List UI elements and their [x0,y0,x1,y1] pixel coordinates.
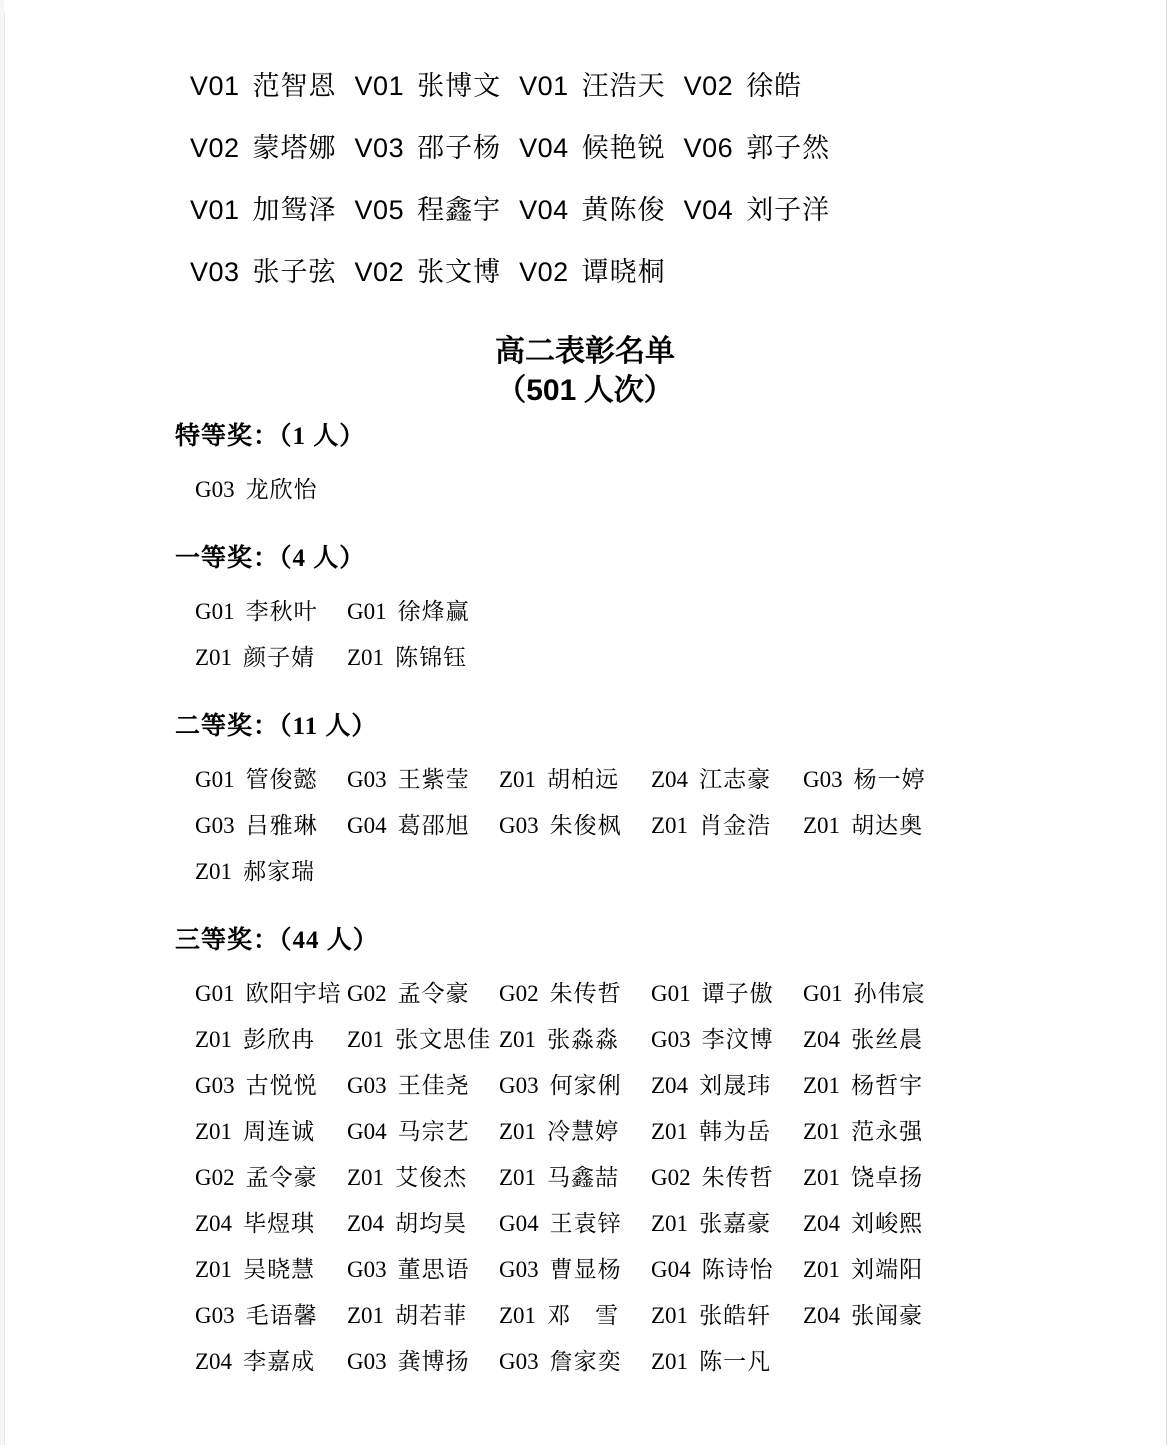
award-entry: Z04张闻豪 [803,1304,955,1328]
student-name: 黄陈俊 [582,195,666,225]
award-entry: G01李秋叶 [195,600,347,624]
student-name: 葛邵旭 [398,813,470,838]
student-name: 邓 雪 [547,1303,619,1328]
roster-entry: V01范智恩 [190,71,337,101]
class-code: Z01 [195,1027,232,1052]
student-name: 徐烽赢 [398,599,470,624]
class-code: G01 [347,599,387,624]
class-code: Z04 [651,1073,688,1098]
class-code: G03 [347,767,387,792]
class-code: G04 [347,813,387,838]
award-entry: Z01冷慧婷 [499,1120,651,1144]
student-name: 董思语 [398,1257,470,1282]
class-code: Z01 [651,1349,688,1374]
class-code: G02 [651,1165,691,1190]
student-name: 胡柏远 [547,767,619,792]
award-section: 一等奖：（4 人）G01李秋叶G01徐烽赢Z01颜子婧Z01陈锦钰 [0,546,1170,670]
class-code: G01 [803,981,843,1006]
award-entry: G03曹显杨 [499,1258,651,1282]
student-name: 杨一婷 [854,767,926,792]
class-code: Z01 [499,1303,536,1328]
roster-entry: V01张博文 [355,71,502,101]
class-code: V02 [684,71,734,101]
section-header: 二等奖：（11 人） [175,714,1170,740]
award-entry: Z01韩为岳 [651,1120,803,1144]
award-entry-row: G01管俊懿G03王紫莹Z01胡柏远Z04江志豪G03杨一婷 [195,768,1170,792]
class-code: V06 [684,133,734,163]
award-entry: Z01饶卓扬 [803,1166,955,1190]
v-code-roster: V01范智恩V01张博文V01汪浩天V02徐皓V02蒙塔娜V03邵子杨V04候艳… [0,72,1170,286]
class-code: G03 [347,1257,387,1282]
student-name: 艾俊杰 [395,1165,467,1190]
class-code: G03 [499,1257,539,1282]
student-name: 孟令豪 [398,981,470,1006]
roster-entry: V04黄陈俊 [519,195,666,225]
v-code-row: V03张子弦V02张文博V02谭晓桐 [190,258,1170,286]
class-code: Z01 [651,1303,688,1328]
class-code: Z04 [195,1211,232,1236]
v-code-row: V01加鸳泽V05程鑫宇V04黄陈俊V04刘子洋 [190,196,1170,224]
class-code: Z04 [803,1211,840,1236]
award-entry: G01孙伟宸 [803,982,955,1006]
class-code: V01 [519,71,569,101]
roster-entry: V02谭晓桐 [519,257,666,287]
award-entry: G03王佳尧 [347,1074,499,1098]
student-name: 吕雅琳 [246,813,318,838]
class-code: Z01 [651,1211,688,1236]
class-code: V01 [190,71,240,101]
student-name: 朱传哲 [550,981,622,1006]
award-entry: Z01胡若菲 [347,1304,499,1328]
student-name: 何家俐 [550,1073,622,1098]
student-name: 刘端阳 [851,1257,923,1282]
award-entry: Z01肖金浩 [651,814,803,838]
award-entry: Z01颜子婧 [195,646,347,670]
award-entry: G04陈诗怡 [651,1258,803,1282]
class-code: V05 [355,195,405,225]
section-header: 特等奖：（1 人） [175,424,1170,450]
class-code: Z01 [347,645,384,670]
class-code: Z01 [499,1119,536,1144]
award-entry: G02孟令豪 [195,1166,347,1190]
award-entry: Z01胡达奥 [803,814,955,838]
award-entry: G03龚博扬 [347,1350,499,1374]
page-left-edge [4,12,5,1445]
class-code: Z01 [347,1303,384,1328]
student-name: 曹显杨 [550,1257,622,1282]
award-section: 三等奖：（44 人）G01欧阳宇培G02孟令豪G02朱传哲G01谭子傲G01孙伟… [0,928,1170,1374]
class-code: V04 [519,195,569,225]
document-title: 高二表彰名单 （501 人次） [0,332,1170,410]
student-name: 韩为岳 [699,1119,771,1144]
student-name: 冷慧婷 [547,1119,619,1144]
class-code: V01 [355,71,405,101]
award-entry-row: G01李秋叶G01徐烽赢 [195,600,1170,624]
student-name: 陈一凡 [699,1349,771,1374]
class-code: Z01 [803,1165,840,1190]
award-entry-row: Z04李嘉成G03龚博扬G03詹家奕Z01陈一凡 [195,1350,1170,1374]
award-entry: Z01刘端阳 [803,1258,955,1282]
class-code: G01 [195,981,235,1006]
award-entry: G03杨一婷 [803,768,955,792]
award-entry-row: G03古悦悦G03王佳尧G03何家俐Z04刘晟玮Z01杨哲宇 [195,1074,1170,1098]
class-code: G01 [195,767,235,792]
student-name: 龚博扬 [398,1349,470,1374]
award-entry: Z04江志豪 [651,768,803,792]
student-name: 邵子杨 [417,133,501,163]
award-entry: G01管俊懿 [195,768,347,792]
class-code: G02 [499,981,539,1006]
class-code: G04 [347,1119,387,1144]
class-code: Z01 [499,1165,536,1190]
class-code: G04 [651,1257,691,1282]
award-entry: G03朱俊枫 [499,814,651,838]
student-name: 龙欣怡 [246,477,318,502]
class-code: V02 [190,133,240,163]
award-entry: Z01胡柏远 [499,768,651,792]
award-entry-row: Z01周连诚G04马宗艺Z01冷慧婷Z01韩为岳Z01范永强 [195,1120,1170,1144]
class-code: V01 [190,195,240,225]
award-entry: Z04毕煜琪 [195,1212,347,1236]
award-entry: G04葛邵旭 [347,814,499,838]
student-name: 蒙塔娜 [253,133,337,163]
student-name: 孙伟宸 [854,981,926,1006]
class-code: V04 [519,133,569,163]
award-section: 特等奖：（1 人）G03龙欣怡 [0,424,1170,502]
roster-entry: V02蒙塔娜 [190,133,337,163]
award-entry-row: Z01郝家瑞 [195,860,1170,884]
student-name: 范智恩 [253,71,337,101]
student-name: 王袁锌 [550,1211,622,1236]
award-section: 二等奖：（11 人）G01管俊懿G03王紫莹Z01胡柏远Z04江志豪G03杨一婷… [0,714,1170,884]
class-code: Z01 [651,1119,688,1144]
class-code: Z01 [803,1073,840,1098]
student-name: 胡均昊 [395,1211,467,1236]
award-entry: Z01邓 雪 [499,1304,651,1328]
award-entry: G03龙欣怡 [195,478,347,502]
award-entry: Z01马鑫喆 [499,1166,651,1190]
award-entry: Z01吴晓慧 [195,1258,347,1282]
award-entry: G02朱传哲 [651,1166,803,1190]
award-entry-row: Z04毕煜琪Z04胡均昊G04王袁锌Z01张嘉豪Z04刘峻熙 [195,1212,1170,1236]
award-entry: Z01陈一凡 [651,1350,803,1374]
student-name: 马鑫喆 [547,1165,619,1190]
student-name: 杨哲宇 [851,1073,923,1098]
class-code: V03 [190,257,240,287]
section-header: 三等奖：（44 人） [175,928,1170,954]
class-code: G03 [347,1073,387,1098]
award-entry: Z01杨哲宇 [803,1074,955,1098]
student-name: 陈诗怡 [702,1257,774,1282]
student-name: 陈锦钰 [395,645,467,670]
roster-entry: V05程鑫宇 [355,195,502,225]
award-entry: Z01艾俊杰 [347,1166,499,1190]
award-entry: Z01张嘉豪 [651,1212,803,1236]
award-entry-row: G01欧阳宇培G02孟令豪G02朱传哲G01谭子傲G01孙伟宸 [195,982,1170,1006]
award-entry: Z04刘晟玮 [651,1074,803,1098]
class-code: G03 [195,1073,235,1098]
class-code: G03 [499,813,539,838]
award-entry: Z04刘峻熙 [803,1212,955,1236]
award-entry: Z04李嘉成 [195,1350,347,1374]
roster-entry: V03张子弦 [190,257,337,287]
award-entry: G01徐烽赢 [347,600,499,624]
award-entry: Z01周连诚 [195,1120,347,1144]
award-entry: Z01郝家瑞 [195,860,347,884]
class-code: G03 [651,1027,691,1052]
award-sections: 特等奖：（1 人）G03龙欣怡一等奖：（4 人）G01李秋叶G01徐烽赢Z01颜… [0,424,1170,1374]
award-entry-row: Z01吴晓慧G03董思语G03曹显杨G04陈诗怡Z01刘端阳 [195,1258,1170,1282]
student-name: 加鸳泽 [253,195,337,225]
class-code: Z01 [651,813,688,838]
award-entry: Z01陈锦钰 [347,646,499,670]
student-name: 胡若菲 [395,1303,467,1328]
class-code: Z01 [347,1165,384,1190]
roster-entry: V02张文博 [355,257,502,287]
student-name: 管俊懿 [246,767,318,792]
award-entry: G03王紫莹 [347,768,499,792]
student-name: 张博文 [417,71,501,101]
student-name: 张子弦 [253,257,337,287]
award-entry: G04王袁锌 [499,1212,651,1236]
award-entry: G01谭子傲 [651,982,803,1006]
student-name: 张闻豪 [851,1303,923,1328]
student-name: 马宗艺 [398,1119,470,1144]
award-entry: G03詹家奕 [499,1350,651,1374]
student-name: 肖金浩 [699,813,771,838]
student-name: 古悦悦 [246,1073,318,1098]
class-code: G03 [195,477,235,502]
student-name: 郝家瑞 [243,859,315,884]
class-code: Z01 [195,645,232,670]
student-name: 毕煜琪 [243,1211,315,1236]
award-entry-row: Z01颜子婧Z01陈锦钰 [195,646,1170,670]
student-name: 张丝晨 [851,1027,923,1052]
award-entry: G02朱传哲 [499,982,651,1006]
student-name: 吴晓慧 [243,1257,315,1282]
student-name: 徐皓 [746,71,802,101]
roster-entry: V06郭子然 [684,133,831,163]
student-name: 朱传哲 [702,1165,774,1190]
student-name: 李汶博 [702,1027,774,1052]
title-line-1: 高二表彰名单 [0,332,1170,371]
class-code: Z04 [347,1211,384,1236]
student-name: 刘子洋 [746,195,830,225]
student-name: 孟令豪 [246,1165,318,1190]
award-entry: Z01张文思佳 [347,1028,499,1052]
v-code-row: V02蒙塔娜V03邵子杨V04候艳锐V06郭子然 [190,134,1170,162]
student-name: 谭子傲 [702,981,774,1006]
award-entry: G03古悦悦 [195,1074,347,1098]
student-name: 张嘉豪 [699,1211,771,1236]
v-code-row: V01范智恩V01张博文V01汪浩天V02徐皓 [190,72,1170,100]
class-code: Z01 [195,859,232,884]
award-entry: Z01彭欣冉 [195,1028,347,1052]
award-entry: G01欧阳宇培 [195,982,347,1006]
award-entry: G02孟令豪 [347,982,499,1006]
class-code: G03 [195,813,235,838]
class-code: Z04 [651,767,688,792]
class-code: Z01 [803,813,840,838]
title-paren-open: （ [496,374,526,407]
student-name: 张皓轩 [699,1303,771,1328]
student-name: 范永强 [851,1119,923,1144]
roster-entry: V03邵子杨 [355,133,502,163]
document-page: V01范智恩V01张博文V01汪浩天V02徐皓V02蒙塔娜V03邵子杨V04候艳… [0,0,1170,1445]
student-name: 谭晓桐 [582,257,666,287]
student-name: 李嘉成 [243,1349,315,1374]
student-name: 张淼淼 [547,1027,619,1052]
award-entry-row: G03龙欣怡 [195,478,1170,502]
student-name: 刘峻熙 [851,1211,923,1236]
roster-entry: V02徐皓 [684,71,803,101]
student-name: 李秋叶 [246,599,318,624]
class-code: Z01 [803,1257,840,1282]
student-name: 詹家奕 [550,1349,622,1374]
student-name: 朱俊枫 [550,813,622,838]
roster-entry: V01加鸳泽 [190,195,337,225]
award-entry: Z01张皓轩 [651,1304,803,1328]
class-code: V02 [519,257,569,287]
award-entry-row: Z01彭欣冉Z01张文思佳Z01张淼淼G03李汶博Z04张丝晨 [195,1028,1170,1052]
class-code: V04 [684,195,734,225]
award-entry: G03董思语 [347,1258,499,1282]
award-entry: Z01张淼淼 [499,1028,651,1052]
class-code: G04 [499,1211,539,1236]
class-code: G03 [499,1073,539,1098]
class-code: G03 [803,767,843,792]
student-name: 候艳锐 [582,133,666,163]
student-name: 欧阳宇培 [246,981,342,1006]
award-entry-row: G02孟令豪Z01艾俊杰Z01马鑫喆G02朱传哲Z01饶卓扬 [195,1166,1170,1190]
class-code: G01 [651,981,691,1006]
class-code: Z04 [803,1027,840,1052]
class-code: Z01 [803,1119,840,1144]
award-entry: G03吕雅琳 [195,814,347,838]
student-name: 刘晟玮 [699,1073,771,1098]
title-paren-close: 人次） [576,374,674,407]
class-code: G03 [195,1303,235,1328]
student-name: 张文思佳 [395,1027,491,1052]
award-entry: Z01范永强 [803,1120,955,1144]
student-name: 汪浩天 [582,71,666,101]
class-code: V03 [355,133,405,163]
roster-entry: V04候艳锐 [519,133,666,163]
page-right-edge [1166,0,1167,1445]
title-line-2: （501 人次） [0,371,1170,410]
class-code: Z01 [499,1027,536,1052]
class-code: G02 [347,981,387,1006]
student-name: 郭子然 [746,133,830,163]
section-header: 一等奖：（4 人） [175,546,1170,572]
class-code: V02 [355,257,405,287]
title-count: 501 [526,374,576,407]
class-code: G03 [499,1349,539,1374]
class-code: Z01 [195,1257,232,1282]
roster-entry: V01汪浩天 [519,71,666,101]
award-entry: G03毛语馨 [195,1304,347,1328]
award-entry: G04马宗艺 [347,1120,499,1144]
award-entry-row: G03毛语馨Z01胡若菲Z01邓 雪Z01张皓轩Z04张闻豪 [195,1304,1170,1328]
award-entry: G03李汶博 [651,1028,803,1052]
student-name: 张文博 [417,257,501,287]
award-entry: Z04胡均昊 [347,1212,499,1236]
student-name: 周连诚 [243,1119,315,1144]
roster-entry: V04刘子洋 [684,195,831,225]
class-code: Z01 [347,1027,384,1052]
student-name: 颜子婧 [243,645,315,670]
student-name: 饶卓扬 [851,1165,923,1190]
class-code: G01 [195,599,235,624]
award-entry-row: G03吕雅琳G04葛邵旭G03朱俊枫Z01肖金浩Z01胡达奥 [195,814,1170,838]
award-entry: G03何家俐 [499,1074,651,1098]
student-name: 彭欣冉 [243,1027,315,1052]
student-name: 王紫莹 [398,767,470,792]
student-name: 胡达奥 [851,813,923,838]
class-code: G02 [195,1165,235,1190]
student-name: 江志豪 [699,767,771,792]
class-code: Z04 [195,1349,232,1374]
class-code: G03 [347,1349,387,1374]
class-code: Z04 [803,1303,840,1328]
student-name: 毛语馨 [246,1303,318,1328]
student-name: 王佳尧 [398,1073,470,1098]
class-code: Z01 [195,1119,232,1144]
student-name: 程鑫宇 [417,195,501,225]
award-entry: Z04张丝晨 [803,1028,955,1052]
class-code: Z01 [499,767,536,792]
